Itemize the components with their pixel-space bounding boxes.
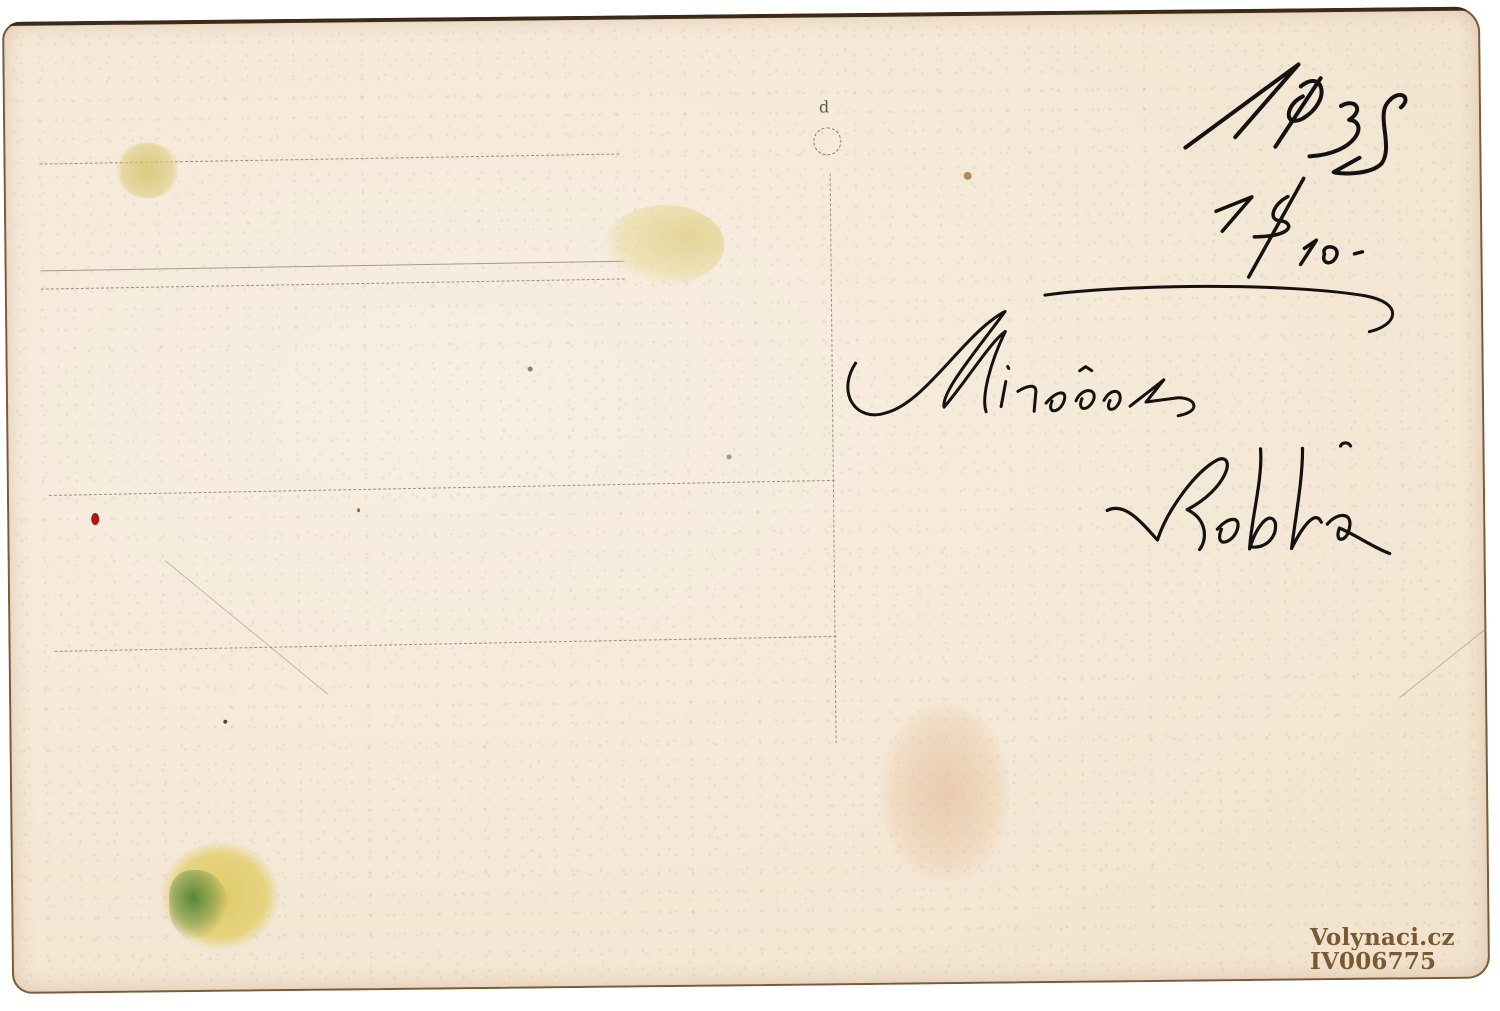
scratch [1399,629,1486,698]
speck [727,454,732,459]
message-line [41,261,625,272]
message-line [39,154,619,165]
message-line [55,636,837,652]
stain-brown-center-right [879,701,1011,882]
watermark-site: Volynaci.cz [1310,926,1455,950]
red-speck [91,513,99,525]
speck [357,508,360,512]
stain-yellow-top-left [115,142,180,199]
stain-green-streak [169,870,230,941]
scratch [165,560,328,694]
postcard: d [2,7,1490,994]
message-line [41,278,625,289]
speck [528,366,533,371]
handwritten-date [1216,178,1363,278]
stain-green-bottom-left [161,841,280,950]
handwritten-name-line1 [847,310,1194,420]
speck [964,172,972,180]
paper-grain [2,7,1490,994]
handwriting [2,7,1490,994]
center-divider [830,173,837,743]
handwritten-year [1185,63,1407,175]
publisher-logo-icon [813,127,841,155]
handwritten-underline [1045,284,1393,335]
handwritten-name-line2 [1106,443,1389,557]
speck [223,720,227,724]
watermark-id: IV006775 [1310,950,1455,974]
message-line [49,480,835,496]
card-top-edge [2,7,1480,26]
stain-yellow-center [604,204,725,285]
publisher-mark: d [819,97,829,116]
scan-background: d [0,0,1500,1011]
watermark: Volynaci.cz IV006775 [1310,926,1455,974]
